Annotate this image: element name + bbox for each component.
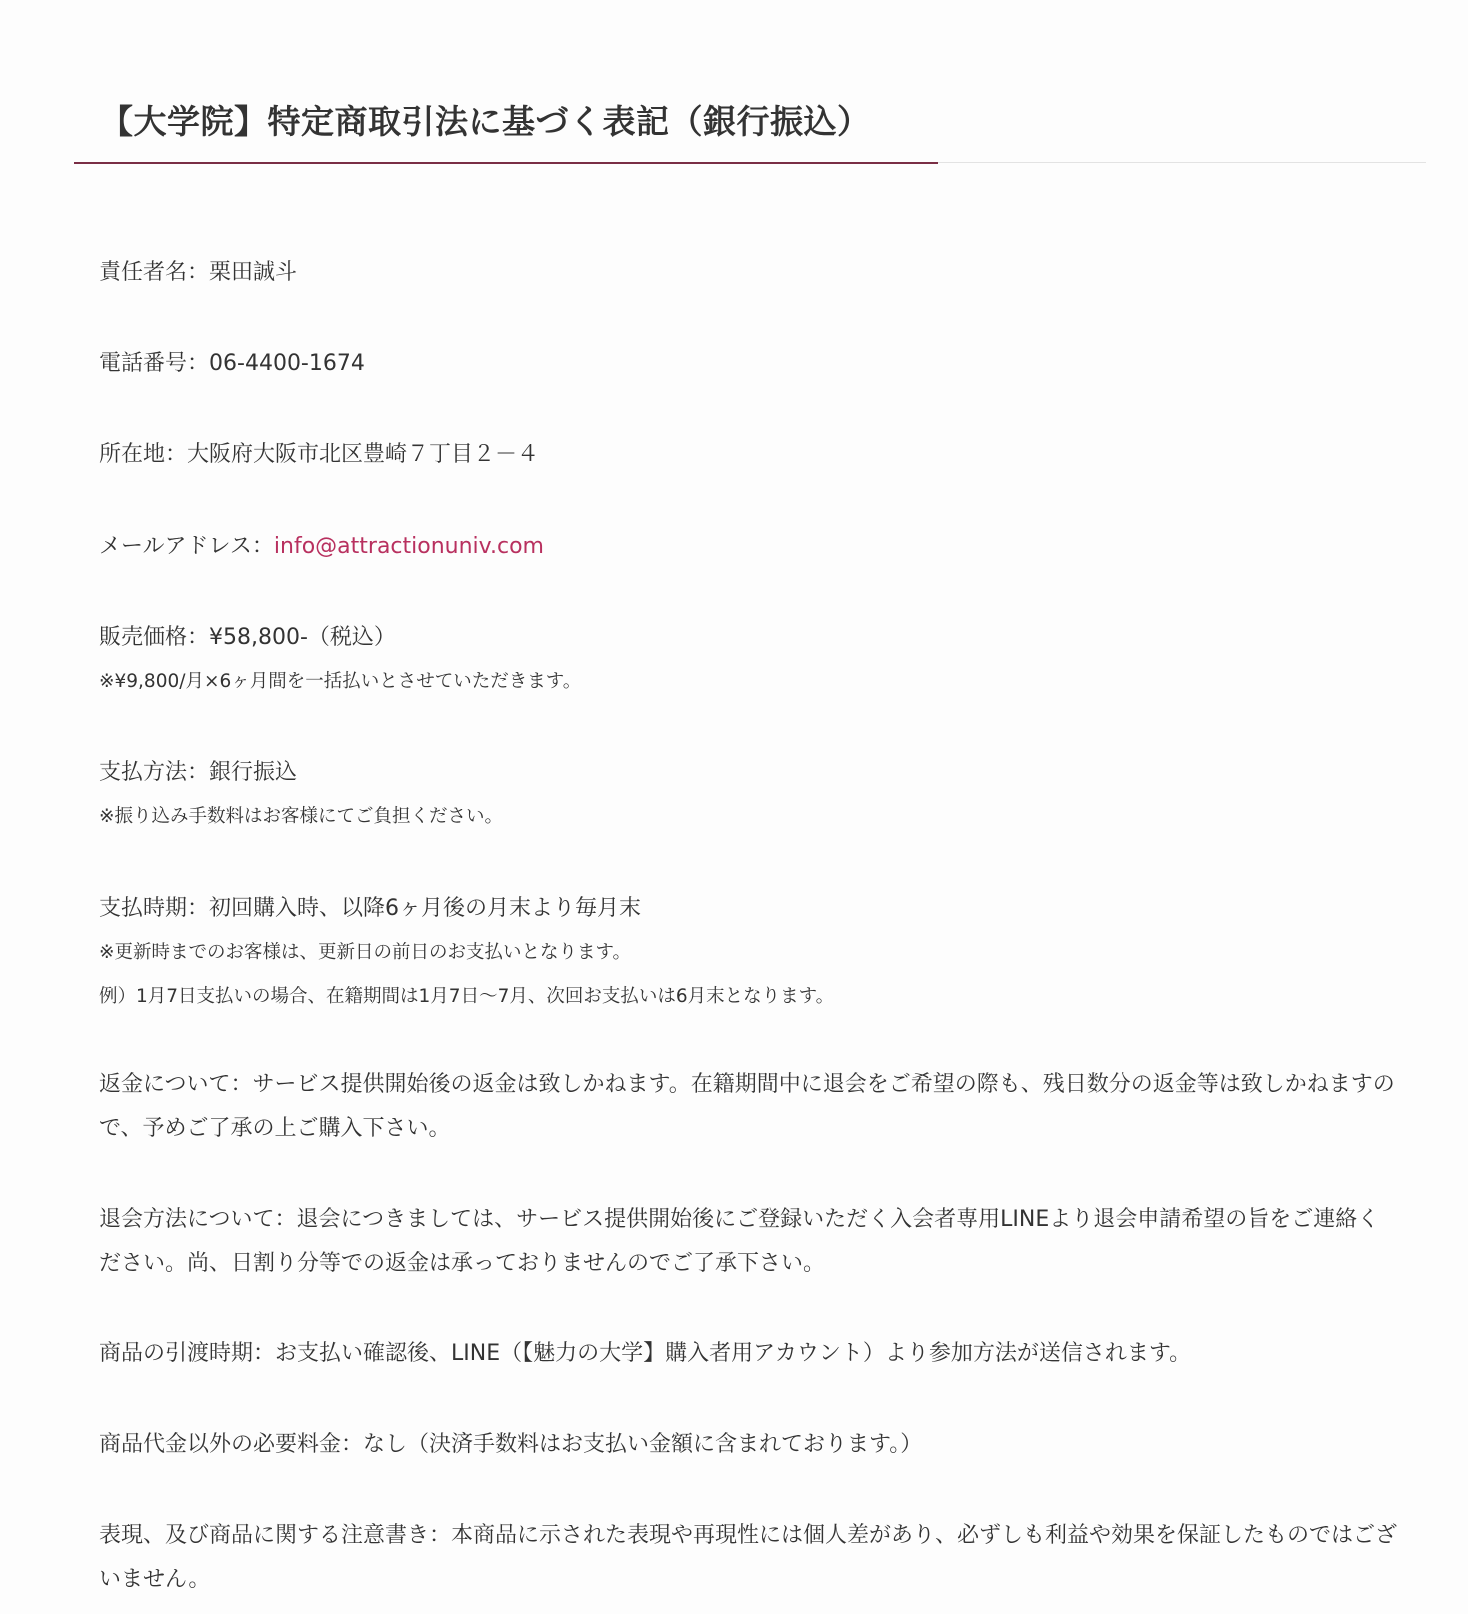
page-title: 【大学院】特定商取引法に基づく表記（銀行振込） <box>74 86 1426 158</box>
disclaimer: 表現、及び商品に関する注意書き：本商品に示された表現や再現性には個人差があり、必… <box>99 1514 1399 1602</box>
page: 【大学院】特定商取引法に基づく表記（銀行振込） 責任者名：栗田誠斗 電話番号：0… <box>0 0 1468 1614</box>
payment-timing-note: ※更新時までのお客様は、更新日の前日のお支払いとなります。 <box>99 938 631 968</box>
email-link[interactable]: info@attractionuniv.com <box>274 534 544 559</box>
phone-label: 電話番号： <box>99 351 209 376</box>
refund-policy: 返金について：サービス提供開始後の返金は致しかねます。在籍期間中に退会をご希望の… <box>99 1063 1399 1151</box>
title-divider-accent <box>74 162 938 164</box>
payment-method-note: ※振り込み手数料はお客様にてご負担ください。 <box>99 802 503 832</box>
price-value: ¥58,800-（税込） <box>209 625 396 650</box>
payment-timing: 支払時期：初回購入時、以降6ヶ月後の月末より毎月末 <box>99 894 641 924</box>
responsible-label: 責任者名： <box>99 260 209 285</box>
payment-timing-label: 支払時期： <box>99 896 209 921</box>
email-label: メールアドレス： <box>99 534 274 559</box>
payment-method: 支払方法：銀行振込 <box>99 758 297 788</box>
payment-timing-value: 初回購入時、以降6ヶ月後の月末より毎月末 <box>209 896 641 921</box>
page-header: 【大学院】特定商取引法に基づく表記（銀行振込） <box>74 86 1426 164</box>
payment-method-value: 銀行振込 <box>209 760 297 785</box>
phone-value: 06-4400-1674 <box>209 351 365 376</box>
price-label: 販売価格： <box>99 625 209 650</box>
price-note: ※¥9,800/月×6ヶ月間を一括払いとさせていただきます。 <box>99 667 581 697</box>
payment-timing-example: 例）1月7日支払いの場合、在籍期間は1月7日〜7月、次回お支払いは6月末となりま… <box>99 982 834 1012</box>
address: 所在地：大阪府大阪市北区豊崎７丁目２－４ <box>99 440 539 470</box>
responsible-person: 責任者名：栗田誠斗 <box>99 258 297 288</box>
title-divider <box>74 162 1426 164</box>
email: メールアドレス：info@attractionuniv.com <box>99 532 544 562</box>
other-fees: 商品代金以外の必要料金：なし（決済手数料はお支払い金額に含まれております。） <box>99 1423 1399 1467</box>
address-value: 大阪府大阪市北区豊崎７丁目２－４ <box>187 442 539 467</box>
payment-method-label: 支払方法： <box>99 760 209 785</box>
phone-number: 電話番号：06-4400-1674 <box>99 349 365 379</box>
sales-price: 販売価格：¥58,800-（税込） <box>99 623 396 653</box>
address-label: 所在地： <box>99 442 187 467</box>
delivery-timing: 商品の引渡時期：お支払い確認後、LINE（【魅力の大学】購入者用アカウント）より… <box>99 1332 1399 1376</box>
responsible-value: 栗田誠斗 <box>209 260 297 285</box>
withdrawal-policy: 退会方法について：退会につきましては、サービス提供開始後にご登録いただく入会者専… <box>99 1198 1399 1286</box>
